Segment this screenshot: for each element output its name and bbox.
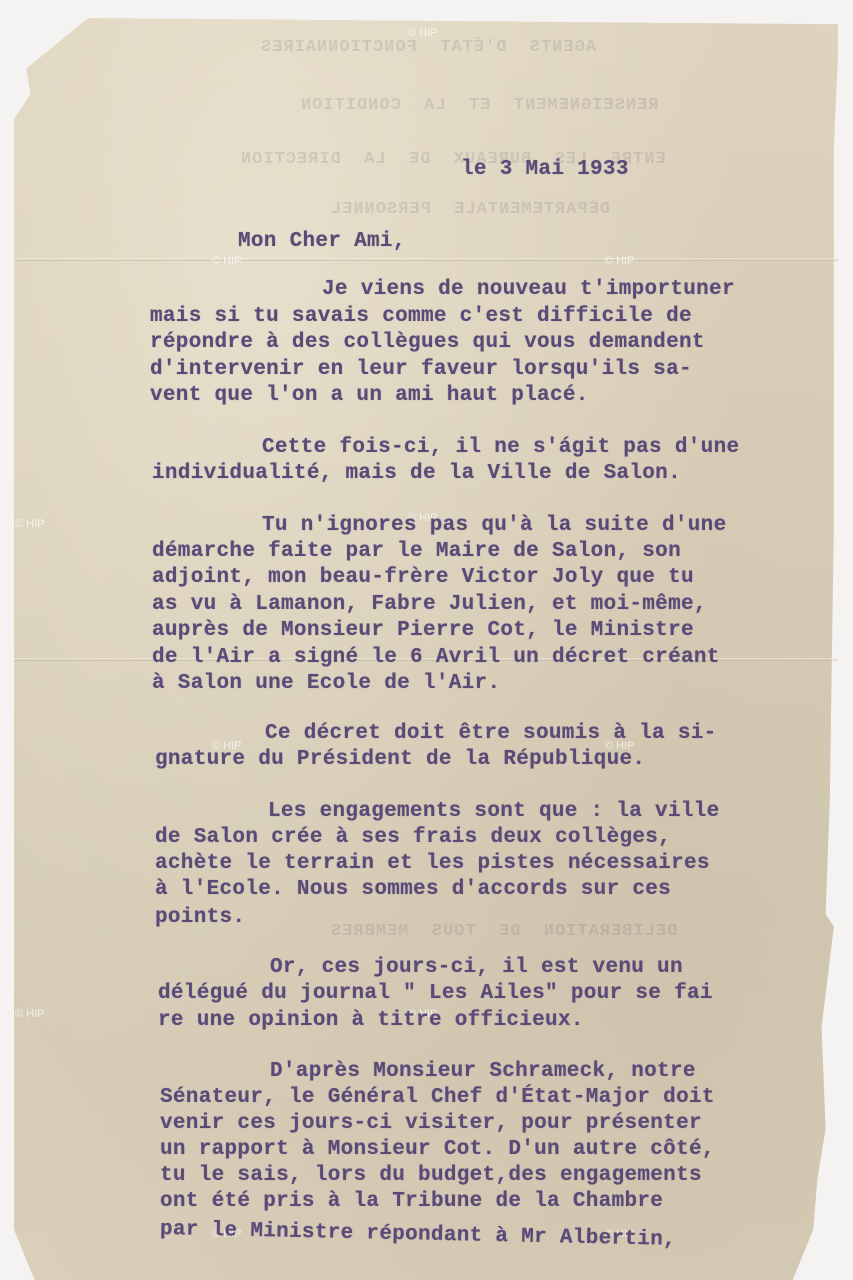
- text-line: individualité, mais de la Ville de Salon…: [152, 462, 681, 485]
- letter-body: le 3 Mai 1933 Mon Cher Ami, Je viens de …: [0, 0, 853, 1280]
- text-line: venir ces jours-ci visiter, pour présent…: [160, 1112, 702, 1135]
- text-line: achète le terrain et les pistes nécessai…: [155, 852, 710, 875]
- text-line: gnature du Président de la République.: [155, 748, 645, 771]
- text-line: délégué du journal " Les Ailes" pour se …: [158, 982, 713, 1005]
- text-line: points.: [155, 906, 245, 929]
- text-line: à l'Ecole. Nous sommes d'accords sur ces: [155, 878, 671, 901]
- text-line: ont été pris à la Tribune de la Chambre: [160, 1190, 663, 1213]
- text-line: Tu n'ignores pas qu'à la suite d'une: [262, 514, 726, 537]
- letter-date: le 3 Mai 1933: [461, 158, 629, 181]
- text-line: Or, ces jours-ci, il est venu un: [270, 956, 683, 979]
- text-line: par le Ministre répondant à Mr Albertin,: [160, 1218, 676, 1252]
- text-line: re une opinion à titre officieux.: [158, 1009, 584, 1032]
- text-line: Sénateur, le Général Chef d'État-Major d…: [160, 1086, 715, 1109]
- text-line: d'intervenir en leur faveur lorsqu'ils s…: [150, 358, 692, 381]
- text-line: as vu à Lamanon, Fabre Julien, et moi-mê…: [152, 593, 707, 616]
- letter-salutation: Mon Cher Ami,: [238, 230, 406, 253]
- text-line: tu le sais, lors du budget,des engagemen…: [160, 1164, 702, 1187]
- text-line: auprès de Monsieur Pierre Cot, le Minist…: [152, 619, 694, 642]
- text-line: D'après Monsieur Schrameck, notre: [270, 1060, 696, 1083]
- text-line: répondre à des collègues qui vous demand…: [150, 331, 705, 354]
- text-line: adjoint, mon beau-frère Victor Joly que …: [152, 566, 694, 589]
- text-line: de Salon crée à ses frais deux collèges,: [155, 826, 671, 849]
- text-line: démarche faite par le Maire de Salon, so…: [152, 540, 681, 563]
- text-line: Cette fois-ci, il ne s'ágit pas d'une: [262, 436, 739, 459]
- text-line: un rapport à Monsieur Cot. D'un autre cô…: [160, 1138, 715, 1161]
- text-line: vent que l'on a un ami haut placé.: [150, 384, 589, 407]
- text-line: à Salon une Ecole de l'Air.: [152, 672, 500, 695]
- text-line: Les engagements sont que : la ville: [268, 800, 720, 823]
- text-line: de l'Air a signé le 6 Avril un décret cr…: [152, 646, 720, 669]
- text-line: mais si tu savais comme c'est difficile …: [150, 305, 692, 328]
- text-line: Je viens de nouveau t'importuner: [322, 278, 735, 301]
- text-line: Ce décret doit être soumis à la si-: [265, 722, 717, 745]
